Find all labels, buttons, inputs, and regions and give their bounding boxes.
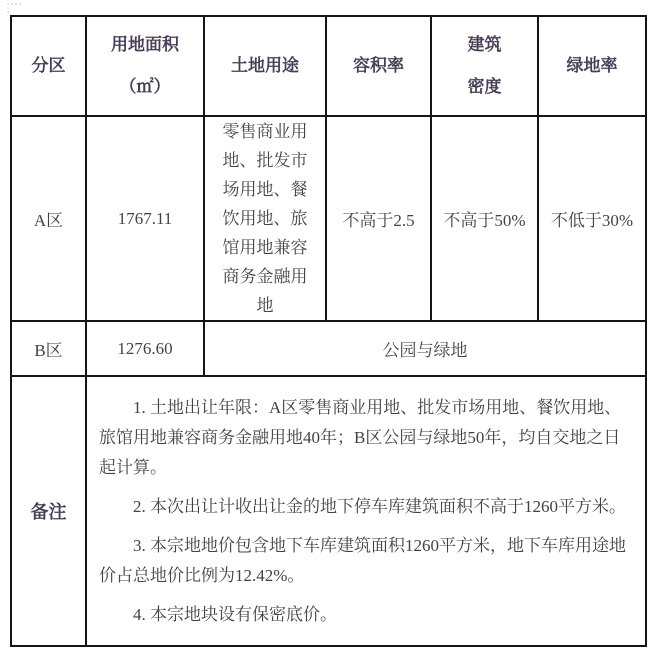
- table-row-remarks: 备注 1. 土地出让年限：A区零售商业用地、批发市场用地、餐饮用地、旅馆用地兼容…: [11, 376, 646, 646]
- cell-zone-a-land-use: 零售商业用地、批发市场用地、餐饮用地、旅馆用地兼容商务金融用地: [204, 116, 326, 321]
- scan-artifact: [7, 3, 21, 13]
- header-cell-green-ratio: 绿地率: [538, 16, 646, 116]
- table-row-zone-a: A区 1767.11 零售商业用地、批发市场用地、餐饮用地、旅馆用地兼容商务金融…: [11, 116, 646, 321]
- remark-paragraph-1: 1. 土地出让年限：A区零售商业用地、批发市场用地、餐饮用地、旅馆用地兼容商务金…: [99, 393, 631, 483]
- remark-paragraph-3: 3. 本宗地地价包含地下车库建筑面积1260平方米，地下车库用途地价占总地价比例…: [99, 531, 631, 591]
- document-page: 分区 用地面积 （㎡） 土地用途 容积率 建筑 密度 绿地率 A区 1767.1…: [0, 0, 650, 654]
- cell-zone-a-green-ratio: 不低于30%: [538, 116, 646, 321]
- cell-zone-a-area: 1767.11: [86, 116, 204, 321]
- table-header-row: 分区 用地面积 （㎡） 土地用途 容积率 建筑 密度 绿地率: [11, 16, 646, 116]
- cell-zone-a-building-density: 不高于50%: [431, 116, 538, 321]
- cell-zone-a-name: A区: [11, 116, 86, 321]
- remark-paragraph-2: 2. 本次出让计收出让金的地下停车库建筑面积不高于1260平方米。: [99, 492, 631, 522]
- table-row-zone-b: B区 1276.60 公园与绿地: [11, 321, 646, 376]
- header-cell-building-density: 建筑 密度: [431, 16, 538, 116]
- cell-zone-b-merged-use: 公园与绿地: [204, 321, 646, 376]
- header-cell-area: 用地面积 （㎡）: [86, 16, 204, 116]
- header-cell-plot-ratio: 容积率: [326, 16, 431, 116]
- remark-paragraph-4: 4. 本宗地块设有保密底价。: [99, 600, 631, 630]
- zone-a-land-use-text: 零售商业用地、批发市场用地、餐饮用地、旅馆用地兼容商务金融用地: [220, 117, 310, 320]
- header-cell-land-use: 土地用途: [204, 16, 326, 116]
- cell-zone-b-area: 1276.60: [86, 321, 204, 376]
- cell-zone-a-plot-ratio: 不高于2.5: [326, 116, 431, 321]
- cell-remarks-label: 备注: [11, 376, 86, 646]
- cell-zone-b-name: B区: [11, 321, 86, 376]
- land-use-table: 分区 用地面积 （㎡） 土地用途 容积率 建筑 密度 绿地率 A区 1767.1…: [10, 15, 647, 647]
- header-cell-zone: 分区: [11, 16, 86, 116]
- cell-remarks-content: 1. 土地出让年限：A区零售商业用地、批发市场用地、餐饮用地、旅馆用地兼容商务金…: [86, 376, 646, 646]
